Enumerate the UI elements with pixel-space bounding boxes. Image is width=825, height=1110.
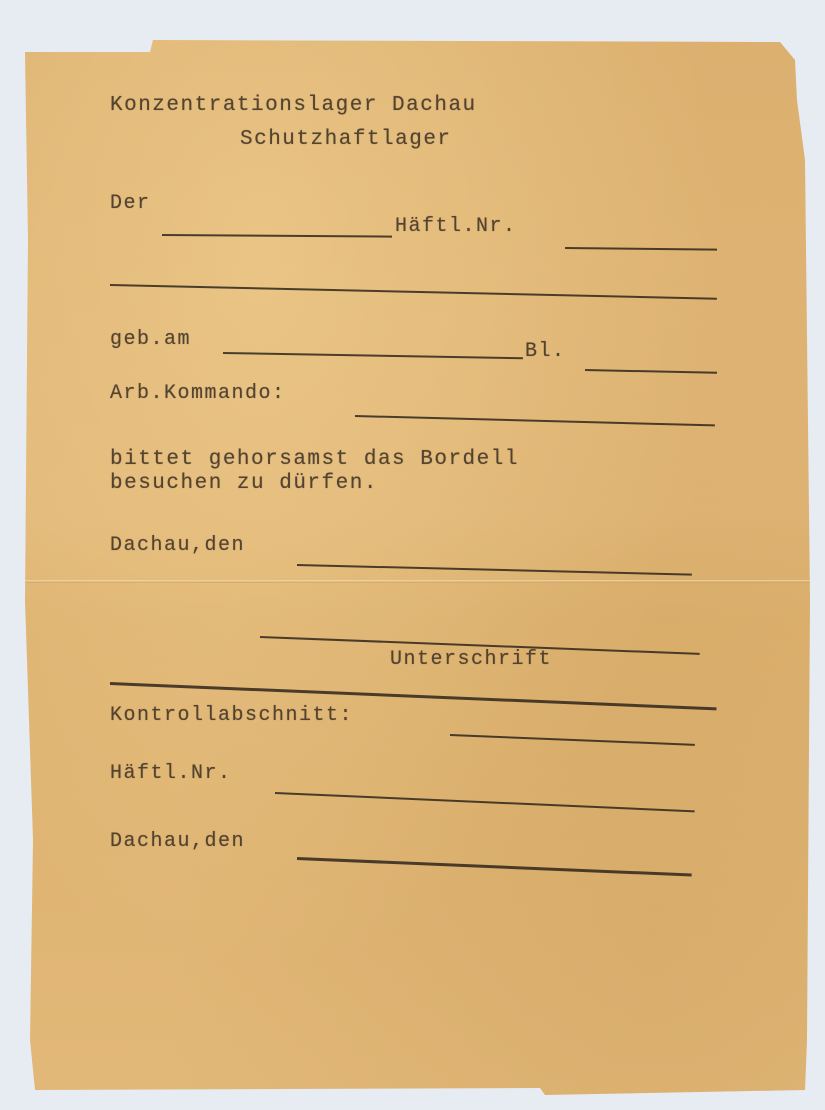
prisoner-number-field-line[interactable] — [565, 247, 717, 251]
signature-label: Unterschrift — [390, 648, 552, 671]
control-section-title: Kontrollabschnitt: — [110, 704, 353, 727]
request-text-line2: besuchen zu dürfen. — [110, 472, 378, 495]
document-paper: Konzentrationslager Dachau Schutzhaftlag… — [25, 40, 810, 1095]
name-field-line[interactable] — [162, 234, 392, 238]
date-field-line[interactable] — [297, 564, 692, 576]
control-haeftl-nr-label: Häftl.Nr. — [110, 762, 232, 785]
control-date-place-label: Dachau,den — [110, 830, 245, 853]
request-text-line1: bittet gehorsamst das Bordell — [110, 448, 519, 471]
work-detail-label: Arb.Kommando: — [110, 382, 286, 405]
header-camp-name: Konzentrationslager Dachau — [110, 94, 477, 117]
block-label: Bl. — [525, 340, 566, 363]
der-label: Der — [110, 192, 151, 215]
date-place-label: Dachau,den — [110, 534, 245, 557]
haeftl-nr-label: Häftl.Nr. — [395, 215, 517, 238]
geb-am-label: geb.am — [110, 328, 191, 351]
control-date-field-line[interactable] — [297, 857, 692, 877]
header-camp-section: Schutzhaftlager — [240, 128, 452, 151]
work-detail-field-line[interactable] — [355, 415, 715, 426]
paper-fold — [25, 580, 810, 583]
name-continuation-field-line[interactable] — [110, 284, 717, 300]
control-prisoner-number-field-line[interactable] — [275, 792, 695, 812]
control-section-field-line[interactable] — [450, 734, 695, 746]
birth-date-field-line[interactable] — [223, 352, 523, 359]
block-field-line[interactable] — [585, 369, 717, 374]
